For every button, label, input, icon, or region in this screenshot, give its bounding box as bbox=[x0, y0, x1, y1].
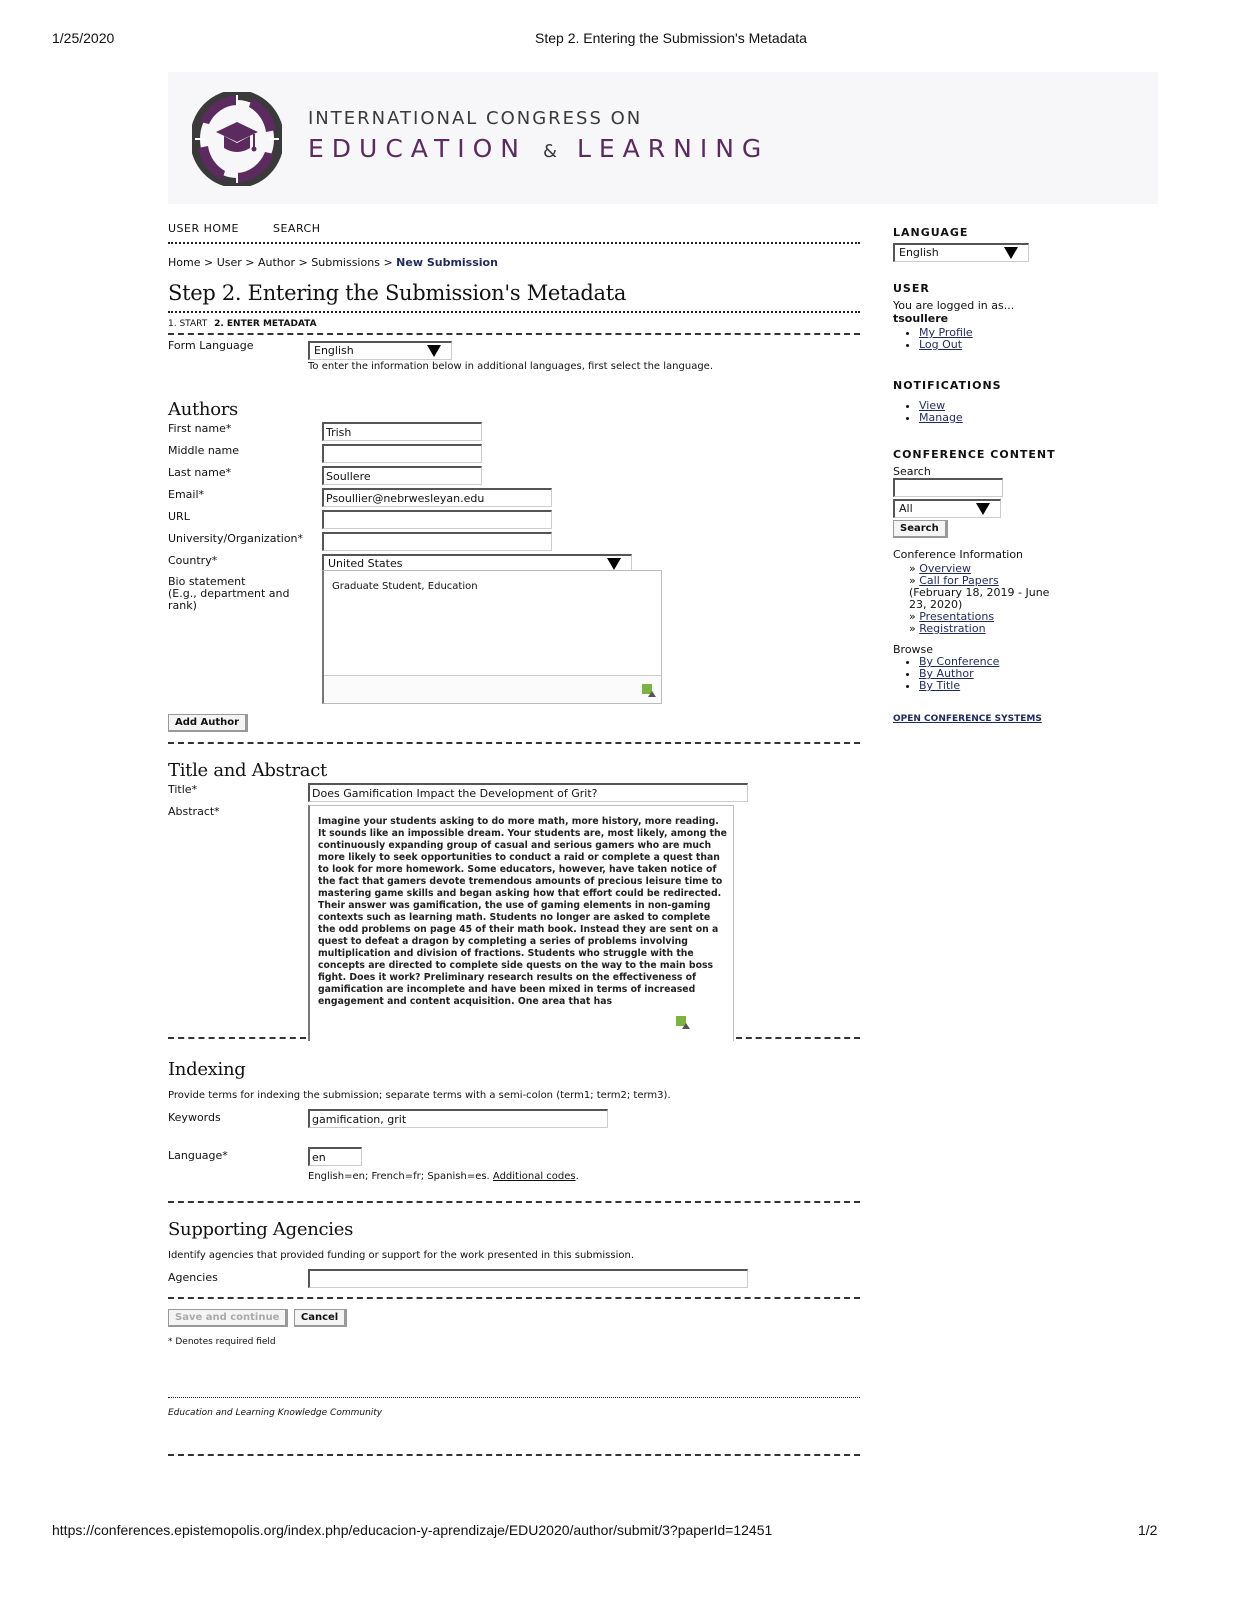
agencies-input[interactable] bbox=[308, 1269, 748, 1288]
language-label: Language* bbox=[168, 1149, 228, 1162]
dropdown-arrow-icon bbox=[1004, 247, 1018, 259]
editor-expand-icon[interactable] bbox=[641, 683, 657, 699]
steps-divider bbox=[168, 333, 860, 335]
sidebar-language-value: English bbox=[899, 246, 939, 259]
title-abstract-form: Title* Abstract* Imagine your students a… bbox=[168, 783, 860, 1041]
search-label: Search bbox=[893, 465, 1063, 478]
sidebar-language-select[interactable]: English bbox=[893, 243, 1029, 262]
sidebar-conference-content-heading: CONFERENCE CONTENT bbox=[893, 448, 1063, 461]
agencies-form: Agencies bbox=[168, 1267, 860, 1297]
country-label: Country* bbox=[168, 554, 217, 567]
keywords-label: Keywords bbox=[168, 1111, 221, 1124]
browse-links: By Conference By Author By Title bbox=[893, 656, 1063, 692]
user-links: My Profile Log Out bbox=[893, 327, 1063, 351]
sidebar-search-button[interactable]: Search bbox=[893, 520, 948, 538]
abstract-label: Abstract* bbox=[168, 805, 220, 818]
banner-word-education: EDUCATION bbox=[308, 134, 527, 163]
registration-link[interactable]: Registration bbox=[919, 622, 985, 635]
breadcrumb-separator: > bbox=[383, 256, 392, 269]
first-name-label: First name* bbox=[168, 422, 231, 435]
page-title: Step 2. Entering the Submission's Metada… bbox=[168, 281, 860, 305]
step-indicator: 1. START 2. ENTER METADATA bbox=[168, 319, 860, 333]
last-name-label: Last name* bbox=[168, 466, 231, 479]
country-value: United States bbox=[328, 557, 403, 570]
breadcrumb-new-submission[interactable]: New Submission bbox=[396, 256, 498, 269]
breadcrumb-separator: > bbox=[204, 256, 213, 269]
dropdown-arrow-icon bbox=[427, 345, 441, 357]
notifications-manage-link[interactable]: Manage bbox=[919, 411, 963, 424]
cancel-button[interactable]: Cancel bbox=[294, 1309, 347, 1327]
main-content: USER HOME SEARCH Home > User > Author > … bbox=[168, 222, 860, 1456]
print-title: Step 2. Entering the Submission's Metada… bbox=[0, 30, 1236, 46]
notification-links: View Manage bbox=[893, 400, 1063, 424]
search-scope-select[interactable]: All bbox=[893, 499, 1001, 518]
additional-codes-link[interactable]: Additional codes bbox=[493, 1171, 576, 1182]
bio-textarea-value: Graduate Student, Education bbox=[332, 581, 478, 592]
abstract-textarea-value: Imagine your students asking to do more … bbox=[318, 816, 728, 1008]
banner-line-1: INTERNATIONAL CONGRESS ON bbox=[308, 108, 642, 129]
authors-divider bbox=[168, 742, 860, 744]
logged-in-text: You are logged in as... bbox=[893, 299, 1063, 312]
save-and-continue-button[interactable]: Save and continue bbox=[168, 1309, 288, 1327]
call-for-papers-dates: (February 18, 2019 - June 23, 2020) bbox=[909, 586, 1049, 611]
organization-input[interactable] bbox=[322, 532, 552, 551]
authors-heading: Authors bbox=[168, 399, 860, 420]
indexing-divider bbox=[168, 1201, 860, 1203]
abstract-divider-left bbox=[168, 1037, 306, 1039]
breadcrumb-separator: > bbox=[245, 256, 254, 269]
browse-by-title-link[interactable]: By Title bbox=[919, 679, 960, 692]
top-nav: USER HOME SEARCH bbox=[168, 222, 860, 242]
breadcrumb-user[interactable]: User bbox=[217, 256, 242, 269]
first-name-input[interactable] bbox=[322, 422, 482, 441]
form-language-select[interactable]: English bbox=[308, 341, 452, 360]
sidebar-language-heading: LANGUAGE bbox=[893, 226, 1063, 239]
step-start[interactable]: 1. START bbox=[168, 319, 207, 329]
username: tsoullere bbox=[893, 312, 1063, 325]
dropdown-arrow-icon bbox=[607, 558, 621, 570]
globe-graduation-cap-logo-icon bbox=[192, 92, 282, 186]
log-out-link[interactable]: Log Out bbox=[919, 338, 962, 351]
form-language-label: Form Language bbox=[168, 339, 254, 352]
abstract-divider-right bbox=[736, 1037, 860, 1039]
nav-user-home[interactable]: USER HOME bbox=[168, 222, 239, 235]
agencies-divider bbox=[168, 1297, 860, 1299]
url-input[interactable] bbox=[322, 510, 552, 529]
breadcrumb-submissions[interactable]: Submissions bbox=[311, 256, 380, 269]
form-actions: Save and continue Cancel bbox=[168, 1309, 860, 1327]
sidebar-notifications-heading: NOTIFICATIONS bbox=[893, 379, 1063, 392]
banner-word-learning: LEARNING bbox=[577, 134, 769, 163]
agencies-instructions: Identify agencies that provided funding … bbox=[168, 1250, 860, 1261]
form-language-value: English bbox=[314, 344, 354, 357]
last-name-input[interactable] bbox=[322, 466, 482, 485]
keywords-input[interactable] bbox=[308, 1109, 608, 1128]
print-url: https://conferences.epistemopolis.org/in… bbox=[52, 1522, 772, 1538]
language-hint: English=en; French=fr; Spanish=es. Addit… bbox=[308, 1171, 579, 1182]
footer-bottom-divider bbox=[168, 1454, 860, 1456]
organization-label: University/Organization* bbox=[168, 532, 303, 545]
middle-name-label: Middle name bbox=[168, 444, 239, 457]
agencies-label: Agencies bbox=[168, 1271, 218, 1284]
title-abstract-heading: Title and Abstract bbox=[168, 760, 860, 781]
breadcrumb-home[interactable]: Home bbox=[168, 256, 200, 269]
nav-search[interactable]: SEARCH bbox=[273, 222, 321, 235]
footer-text: Education and Learning Knowledge Communi… bbox=[168, 1408, 860, 1418]
email-label: Email* bbox=[168, 488, 204, 501]
footer-divider bbox=[168, 1397, 860, 1398]
indexing-heading: Indexing bbox=[168, 1059, 860, 1080]
conference-information-heading: Conference Information bbox=[893, 548, 1063, 561]
step-enter-metadata: 2. ENTER METADATA bbox=[214, 319, 317, 329]
abstract-editor[interactable]: Imagine your students asking to do more … bbox=[308, 805, 734, 1041]
sidebar-user-heading: USER bbox=[893, 282, 1063, 295]
sidebar: LANGUAGE English USER You are logged in … bbox=[893, 226, 1063, 724]
print-page-number: 1/2 bbox=[1138, 1522, 1157, 1538]
banner-line-2: EDUCATION & LEARNING bbox=[308, 134, 769, 163]
bio-label: Bio statement (E.g., department and rank… bbox=[168, 576, 289, 612]
open-conference-systems-link[interactable]: OPEN CONFERENCE SYSTEMS bbox=[893, 714, 1042, 724]
search-scope-value: All bbox=[899, 502, 913, 515]
language-hint-text: English=en; French=fr; Spanish=es. bbox=[308, 1171, 490, 1182]
email-input[interactable] bbox=[322, 488, 552, 507]
conference-banner[interactable]: INTERNATIONAL CONGRESS ON EDUCATION & LE… bbox=[168, 72, 1158, 204]
breadcrumb: Home > User > Author > Submissions > New… bbox=[168, 256, 860, 269]
bio-label-line: rank) bbox=[168, 599, 197, 612]
banner-ampersand: & bbox=[543, 141, 561, 162]
conference-information-links: » Overview » Call for Papers (February 1… bbox=[893, 563, 1063, 635]
breadcrumb-author[interactable]: Author bbox=[258, 256, 295, 269]
url-label: URL bbox=[168, 510, 190, 523]
title-label: Title* bbox=[168, 783, 197, 796]
bio-editor[interactable]: Graduate Student, Education bbox=[322, 570, 662, 704]
title-input[interactable] bbox=[308, 783, 748, 802]
sidebar-search-input[interactable] bbox=[893, 478, 1003, 497]
nav-divider bbox=[168, 242, 860, 244]
required-field-note: * Denotes required field bbox=[168, 1337, 860, 1347]
authors-form: First name* Middle name Last name* Email… bbox=[168, 422, 860, 722]
indexing-instructions: Provide terms for indexing the submissio… bbox=[168, 1090, 860, 1101]
agencies-heading: Supporting Agencies bbox=[168, 1219, 860, 1240]
form-language-hint: To enter the information below in additi… bbox=[308, 361, 713, 372]
editor-toolbar bbox=[324, 675, 661, 703]
language-input[interactable] bbox=[308, 1147, 362, 1166]
middle-name-input[interactable] bbox=[322, 444, 482, 463]
indexing-form: Keywords Language* English=en; French=fr… bbox=[168, 1109, 860, 1201]
breadcrumb-separator: > bbox=[299, 256, 308, 269]
title-divider bbox=[168, 311, 860, 313]
editor-expand-icon[interactable] bbox=[675, 1015, 691, 1031]
form-language-row: Form Language English To enter the infor… bbox=[168, 339, 860, 389]
dropdown-arrow-icon bbox=[976, 503, 990, 515]
